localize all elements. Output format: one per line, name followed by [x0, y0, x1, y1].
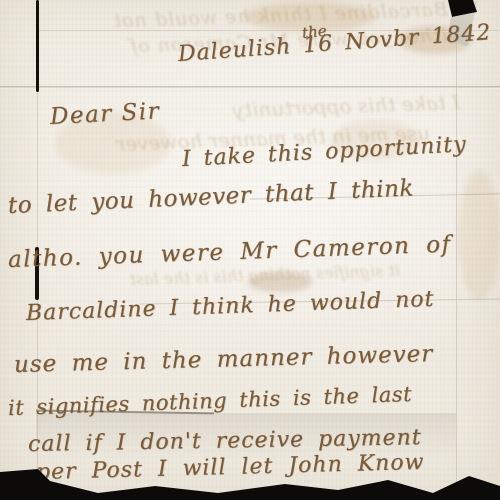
paper-texture — [0, 0, 500, 500]
letter-photograph: Barcaldine I think he would not altho. y… — [0, 0, 500, 500]
torn-edge-gap — [35, 247, 39, 300]
torn-edge-gap — [36, 0, 39, 92]
letter-paper: Barcaldine I think he would not altho. y… — [0, 0, 500, 500]
